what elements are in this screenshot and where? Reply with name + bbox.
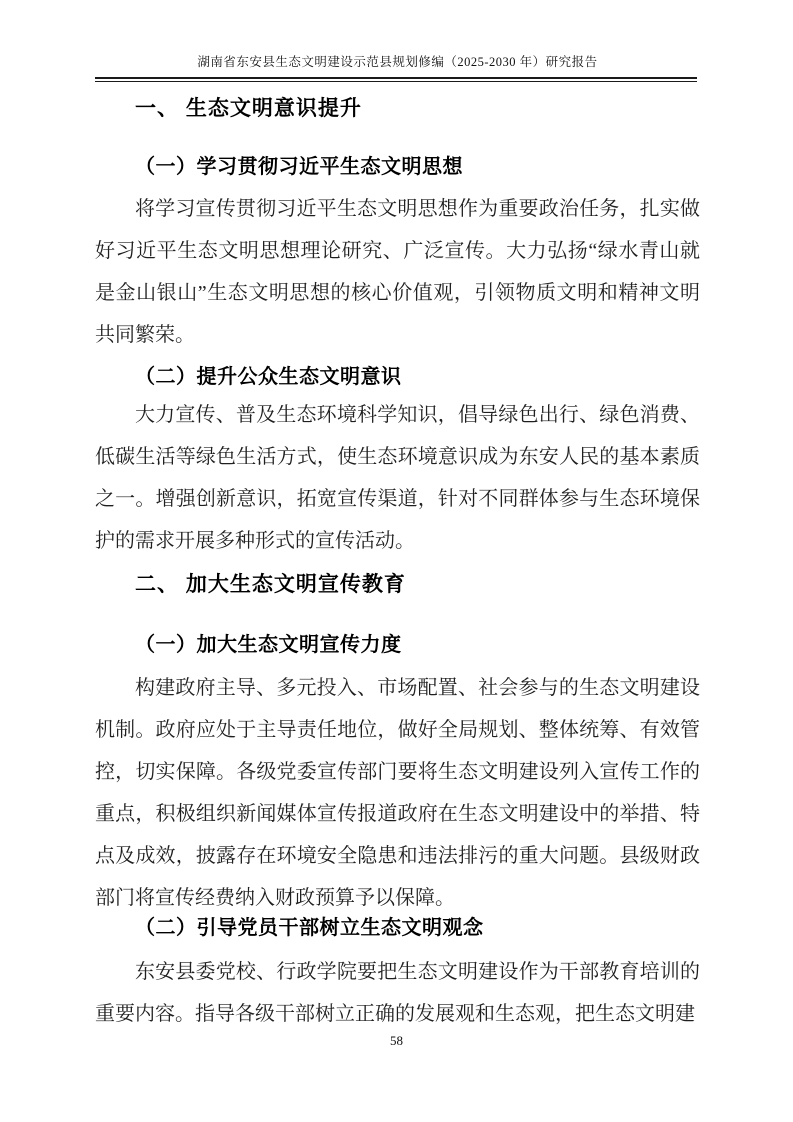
subsection-heading-1-1: （一）学习贯彻习近平生态文明思想	[95, 146, 700, 188]
section-heading-2: 二、 加大生态文明宣传教育	[95, 564, 700, 606]
section-heading-1: 一、 生态文明意识提升	[95, 88, 700, 130]
page-header-title: 湖南省东安县生态文明建设示范县规划修编（2025-2030 年）研究报告	[95, 53, 700, 71]
document-page: 湖南省东安县生态文明建设示范县规划修编（2025-2030 年）研究报告 一、 …	[0, 0, 793, 1122]
paragraph-3: 构建政府主导、多元投入、市场配置、社会参与的生态文明建设机制。政府应处于主导责任…	[95, 667, 700, 919]
subsection-heading-2-1: （一）加大生态文明宣传力度	[95, 624, 700, 666]
paragraph-2: 大力宣传、普及生态环境科学知识，倡导绿色出行、绿色消费、低碳生活等绿色生活方式，…	[95, 394, 700, 562]
page-number: 58	[0, 1032, 793, 1050]
paragraph-1: 将学习宣传贯彻习近平生态文明思想作为重要政治任务，扎实做好习近平生态文明思想理论…	[95, 188, 700, 356]
subsection-heading-2-2: （二）引导党员干部树立生态文明观念	[95, 907, 700, 949]
header-rule-divider	[95, 77, 697, 82]
paragraph-4: 东安县委党校、行政学院要把生态文明建设作为干部教育培训的重要内容。指导各级干部树…	[95, 951, 700, 1035]
subsection-heading-1-2: （二）提升公众生态文明意识	[95, 356, 700, 398]
